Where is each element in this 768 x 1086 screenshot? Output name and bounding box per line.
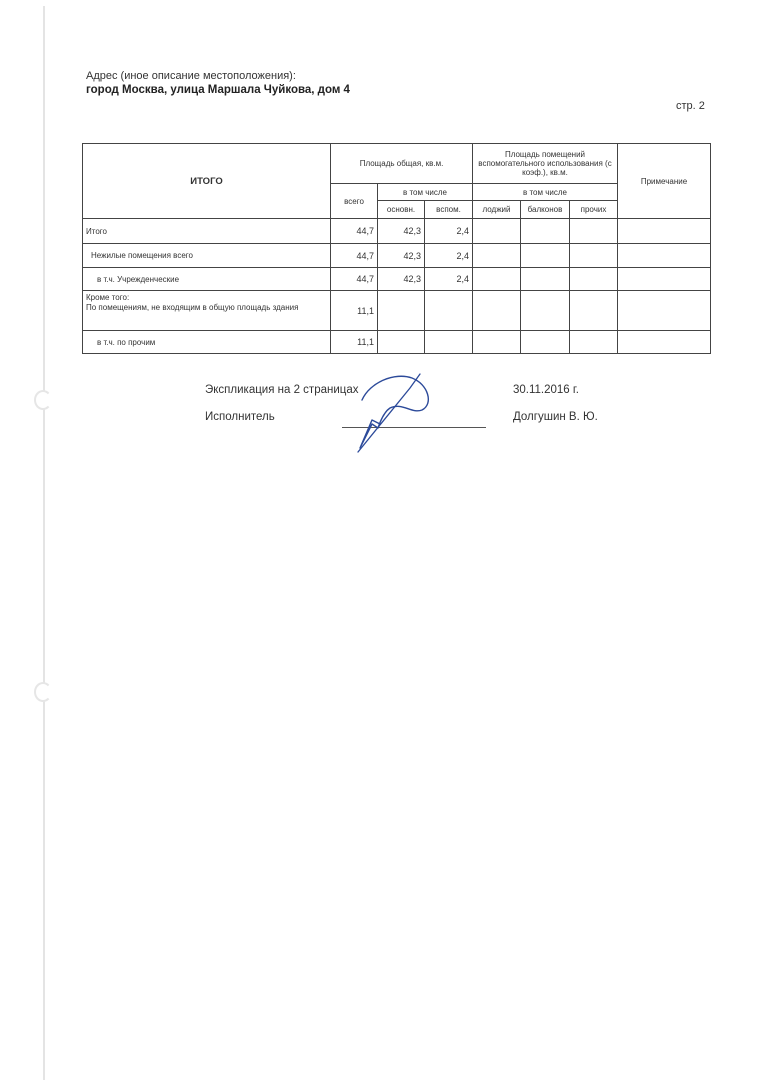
cell-balkonov <box>521 291 570 331</box>
page-edge-line <box>43 6 45 1080</box>
executor-name: Долгушин В. Ю. <box>513 411 598 423</box>
table-row: в т.ч. по прочим 11,1 <box>83 331 711 354</box>
cell-osnovn: 42,3 <box>378 244 425 268</box>
row-name: Кроме того: По помещениям, не входящим в… <box>83 291 331 331</box>
document-date: 30.11.2016 г. <box>513 384 579 396</box>
address-value: город Москва, улица Маршала Чуйкова, дом… <box>86 84 350 96</box>
row-name-line1: Кроме того: <box>86 293 327 303</box>
cell-note <box>618 268 711 291</box>
cell-note <box>618 244 711 268</box>
cell-vsego: 11,1 <box>331 331 378 354</box>
cell-lodzhiy <box>473 268 521 291</box>
page-number: стр. 2 <box>676 100 705 112</box>
cell-vspom: 2,4 <box>425 268 473 291</box>
cell-vsego: 44,7 <box>331 244 378 268</box>
row-name: Итого <box>83 219 331 244</box>
header-area-aux: Площадь помещений вспомогательного испол… <box>473 144 618 184</box>
signature-icon <box>350 368 450 458</box>
header-vsego: всего <box>331 184 378 219</box>
cell-balkonov <box>521 244 570 268</box>
cell-vsego: 11,1 <box>331 291 378 331</box>
cell-note <box>618 331 711 354</box>
table-row: в т.ч. Учрежденческие 44,7 42,3 2,4 <box>83 268 711 291</box>
cell-prochikh <box>570 244 618 268</box>
header-itogo: ИТОГО <box>83 144 331 219</box>
cell-lodzhiy <box>473 244 521 268</box>
cell-vspom <box>425 291 473 331</box>
cell-vspom: 2,4 <box>425 219 473 244</box>
explication-table: ИТОГО Площадь общая, кв.м. Площадь помещ… <box>82 143 711 354</box>
row-name-line2: По помещениям, не входящим в общую площа… <box>86 303 327 313</box>
row-name: Нежилые помещения всего <box>83 244 331 268</box>
header-prochikh: прочих <box>570 201 618 219</box>
cell-note <box>618 219 711 244</box>
header-area-total: Площадь общая, кв.м. <box>331 144 473 184</box>
cell-osnovn: 42,3 <box>378 268 425 291</box>
cell-osnovn <box>378 331 425 354</box>
cell-vspom <box>425 331 473 354</box>
cell-balkonov <box>521 268 570 291</box>
cell-osnovn: 42,3 <box>378 219 425 244</box>
header-v-tom-chisle: в том числе <box>473 184 618 201</box>
header-osnovn: основн. <box>378 201 425 219</box>
explication-pages-text: Экспликация на 2 страницах <box>205 384 359 396</box>
cell-vsego: 44,7 <box>331 219 378 244</box>
table-row: Нежилые помещения всего 44,7 42,3 2,4 <box>83 244 711 268</box>
executor-label: Исполнитель <box>205 411 275 423</box>
cell-lodzhiy <box>473 219 521 244</box>
cell-prochikh <box>570 331 618 354</box>
cell-prochikh <box>570 268 618 291</box>
cell-lodzhiy <box>473 291 521 331</box>
cell-balkonov <box>521 219 570 244</box>
address-label: Адрес (иное описание местоположения): <box>86 70 296 82</box>
header-vspom: вспом. <box>425 201 473 219</box>
punch-hole-mark <box>34 390 52 410</box>
punch-hole-mark <box>34 682 52 702</box>
cell-prochikh <box>570 219 618 244</box>
table-row: Кроме того: По помещениям, не входящим в… <box>83 291 711 331</box>
cell-vsego: 44,7 <box>331 268 378 291</box>
cell-balkonov <box>521 331 570 354</box>
header-lodzhiy: лоджий <box>473 201 521 219</box>
table-row: Итого 44,7 42,3 2,4 <box>83 219 711 244</box>
header-note: Примечание <box>618 144 711 219</box>
cell-lodzhiy <box>473 331 521 354</box>
cell-vspom: 2,4 <box>425 244 473 268</box>
row-name: в т.ч. по прочим <box>83 331 331 354</box>
row-name: в т.ч. Учрежденческие <box>83 268 331 291</box>
cell-prochikh <box>570 291 618 331</box>
header-v-tom-chisle: в том числе <box>378 184 473 201</box>
cell-osnovn <box>378 291 425 331</box>
cell-note <box>618 291 711 331</box>
header-balkonov: балконов <box>521 201 570 219</box>
